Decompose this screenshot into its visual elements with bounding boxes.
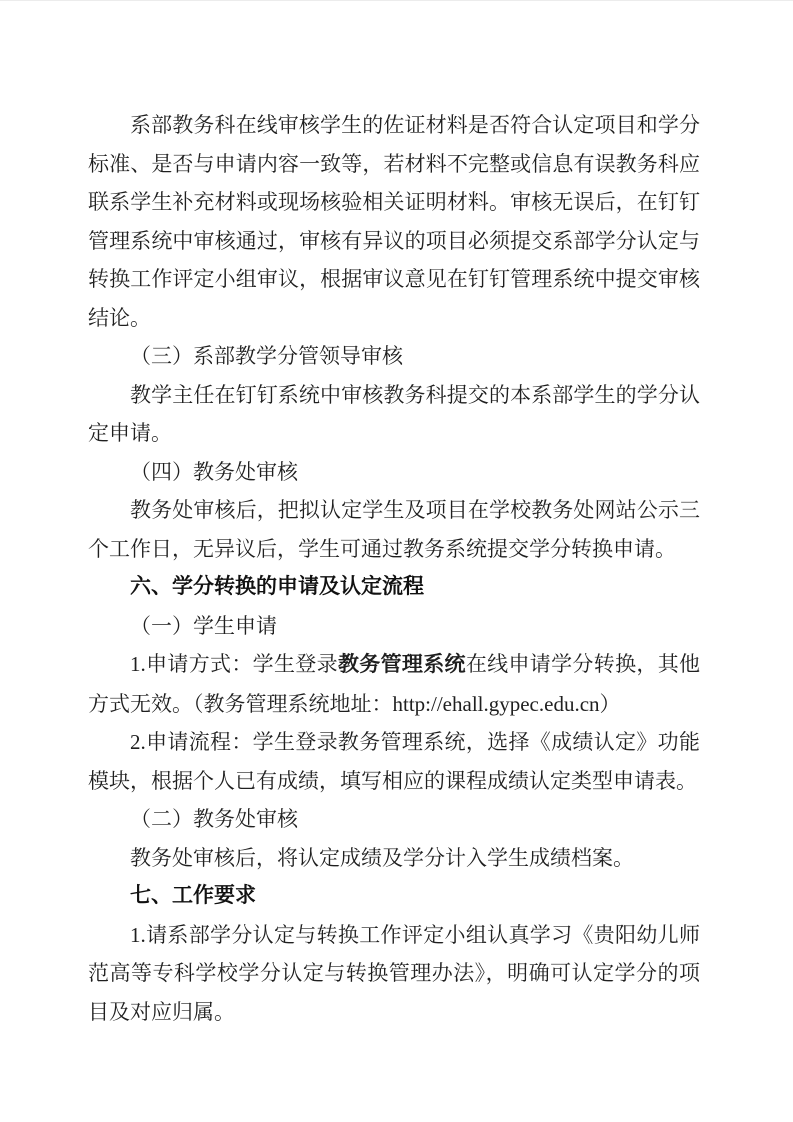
section-heading-6-credit-transfer-process: 六、学分转换的申请及认定流程 (88, 568, 700, 607)
paragraph-requirement-1-study-measures: 1.请系部学分认定与转换工作评定小组认真学习《贵阳幼儿师范高等专科学校学分认定与… (88, 916, 700, 1032)
application-method-bold-system-name: 教务管理系统 (338, 653, 466, 676)
paragraph-application-process: 2.申请流程：学生登录教务管理系统，选择《成绩认定》功能模块，根据个人已有成绩，… (88, 723, 700, 800)
subsection-heading-2-aao-review: （二）教务处审核 (88, 800, 700, 839)
paragraph-aao-record-credits: 教务处审核后，将认定成绩及学分计入学生成绩档案。 (88, 839, 700, 878)
subsection-heading-4-aao-review: （四）教务处审核 (88, 453, 700, 492)
paragraph-teaching-director-review: 教学主任在钉钉系统中审核教务科提交的本系部学生的学分认定申请。 (88, 376, 700, 453)
document-page: 系部教务科在线审核学生的佐证材料是否符合认定项目和学分标准、是否与申请内容一致等… (0, 0, 793, 1122)
paragraph-aao-publicity: 教务处审核后，把拟认定学生及项目在学校教务处网站公示三个工作日，无异议后，学生可… (88, 491, 700, 568)
section-heading-7-work-requirements: 七、工作要求 (88, 877, 700, 916)
paragraph-application-method: 1.申请方式：学生登录教务管理系统在线申请学分转换，其他方式无效。（教务管理系统… (88, 645, 700, 723)
subsection-heading-3-dept-leader-review: （三）系部教学分管领导审核 (88, 337, 700, 376)
paragraph-dept-office-review: 系部教务科在线审核学生的佐证材料是否符合认定项目和学分标准、是否与申请内容一致等… (88, 106, 700, 337)
page-top-edge (0, 0, 793, 1)
document-body: 系部教务科在线审核学生的佐证材料是否符合认定项目和学分标准、是否与申请内容一致等… (88, 106, 700, 1031)
subsection-heading-1-student-application: （一）学生申请 (88, 607, 700, 646)
application-method-text-before: 1.申请方式：学生登录 (130, 652, 338, 676)
